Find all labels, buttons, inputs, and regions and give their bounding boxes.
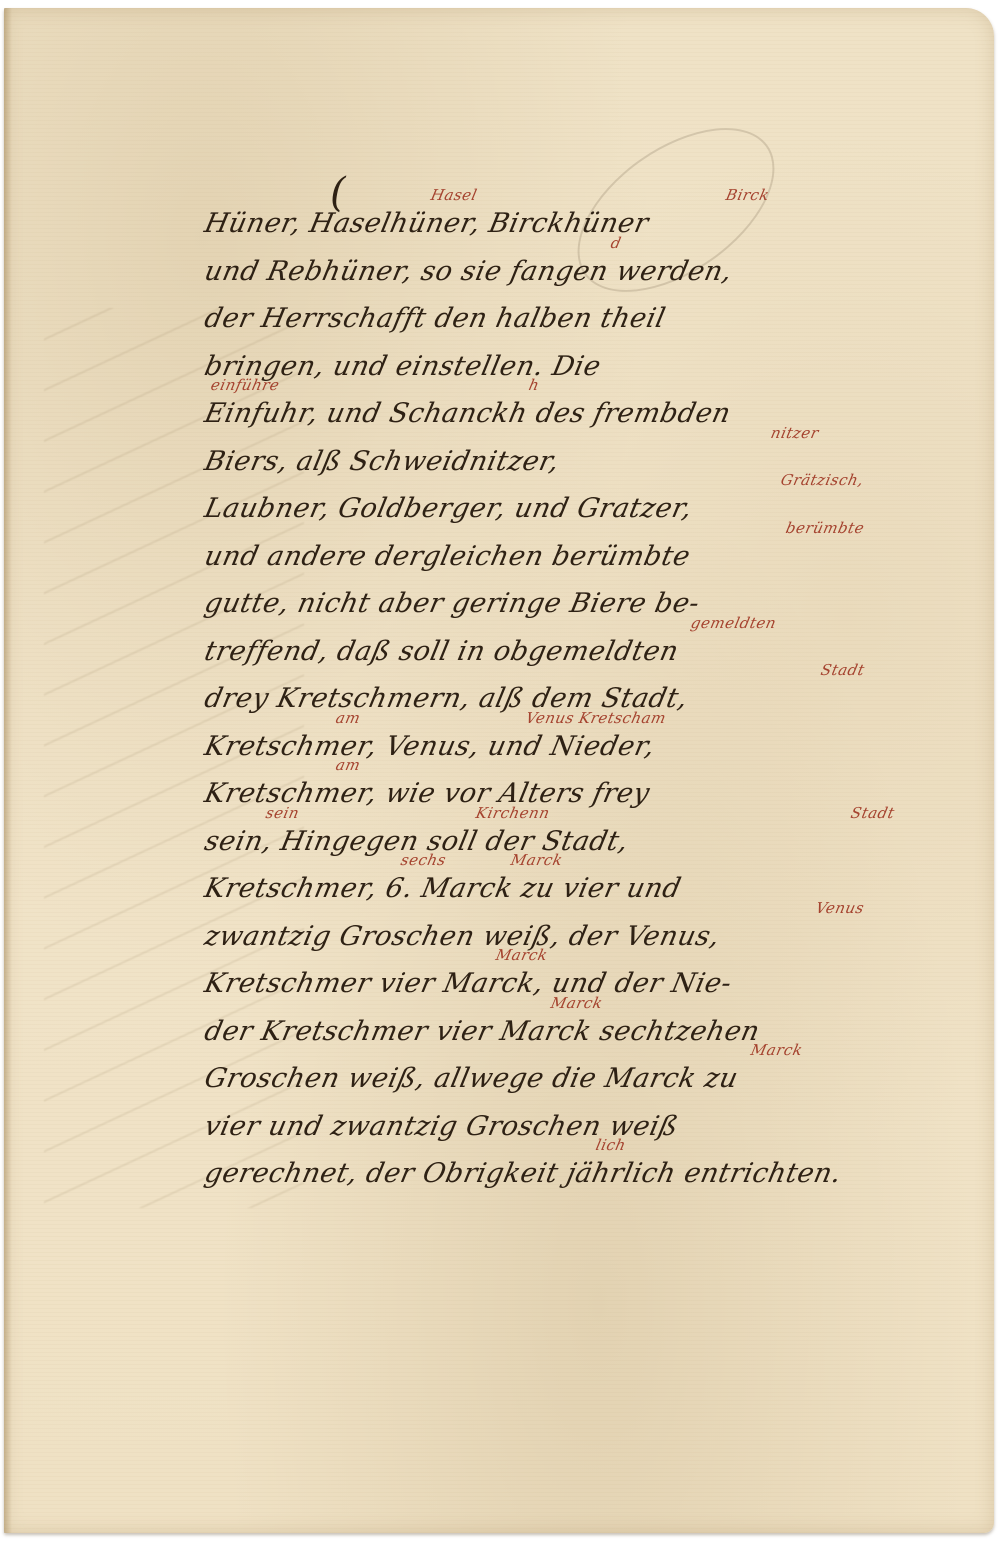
manuscript-line: gutte, nicht aber geringe Biere be- [200,580,985,628]
line-text: gerechnet, der Obrigkeit jährlich entric… [200,1150,846,1198]
red-correction: nitzer [769,426,820,441]
manuscript-line: und Rebhüner, so sie fangen werden,d [200,248,985,296]
line-text: Hüner, Haselhüner, Birckhüner [200,200,653,248]
line-text: zwantzig Groschen weiß, der Venus, [200,913,724,961]
red-correction: Marck [549,996,604,1011]
line-text: treffend, daß soll in obgemeldten [200,628,683,676]
manuscript-line: Groschen weiß, allwege die Marck zuMarck [200,1055,985,1103]
line-text: Kretschmer vier Marck, und der Nie- [200,960,736,1008]
line-text: der Kretschmer vier Marck sechtzehen [200,1008,764,1056]
red-correction: Hasel [429,188,478,203]
manuscript-line: der Kretschmer vier Marck sechtzehenMarc… [200,1008,985,1056]
manuscript-line: bringen, und einstellen. Die [200,343,985,391]
red-correction: Kirchenn [474,806,551,821]
line-text: und Rebhüner, so sie fangen werden, [200,248,737,296]
manuscript-line: Biers, alß Schweidnitzer,nitzer [200,438,985,486]
manuscript-line: Laubner, Goldberger, und Gratzer,Grätzis… [200,485,985,533]
manuscript-line: zwantzig Groschen weiß, der Venus,Venus [200,913,985,961]
red-correction: Grätzisch, [779,473,865,488]
manuscript-line: gerechnet, der Obrigkeit jährlich entric… [200,1150,985,1198]
line-text: Kretschmer, Venus, und Nieder, [200,723,660,771]
line-text: und andere dergleichen berümbte [200,533,695,581]
line-text: Einfuhr, und Schanckh des frembden [200,390,735,438]
manuscript-line: Kretschmer, 6. Marck zu vier undsechsMar… [200,865,985,913]
red-correction: Venus Kretscham [524,711,667,726]
red-correction: berümbte [784,521,865,536]
red-correction: Marck [494,948,549,963]
manuscript-line: treffend, daß soll in obgemeldtengemeldt… [200,628,985,676]
manuscript-line: Einfuhr, und Schanckh des frembdeneinfüh… [200,390,985,438]
red-correction: Marck [749,1043,804,1058]
red-correction: einführe [209,378,280,393]
red-correction: Birck [724,188,770,203]
line-text: gutte, nicht aber geringe Biere be- [200,580,704,628]
manuscript-line: sein, Hingegen soll der Stadt,seinKirche… [200,818,985,866]
line-text: Laubner, Goldberger, und Gratzer, [200,485,697,533]
manuscript-line: Kretschmer, Venus, und Nieder,Venus Kret… [200,723,985,771]
binding-edge [4,8,12,1533]
manuscript-line: vier und zwantzig Groschen weiß [200,1103,985,1151]
line-text: Kretschmer, 6. Marck zu vier und [200,865,686,913]
red-correction: sein [264,806,300,821]
red-correction: lich [594,1138,627,1153]
manuscript-text: ( Hüner, Haselhüner, BirckhünerHaselBirc… [205,200,980,1198]
red-correction: Stadt [819,663,866,678]
line-text: der Herrschafft den halben theil [200,295,670,343]
manuscript-line: und andere dergleichen berümbteberümbte [200,533,985,581]
red-correction: sechs [399,853,447,868]
red-correction: am [334,711,361,726]
line-text: Biers, alß Schweidnitzer, [200,438,564,486]
line-text: Groschen weiß, allwege die Marck zu [200,1055,743,1103]
red-correction: Venus [814,901,865,916]
manuscript-line: Hüner, Haselhüner, BirckhünerHaselBirck [200,200,985,248]
red-correction: gemeldten [689,616,777,631]
red-correction: Stadt [849,806,896,821]
red-correction: am [334,758,361,773]
red-correction: Marck [509,853,564,868]
manuscript-line: der Herrschafft den halben theil [200,295,985,343]
